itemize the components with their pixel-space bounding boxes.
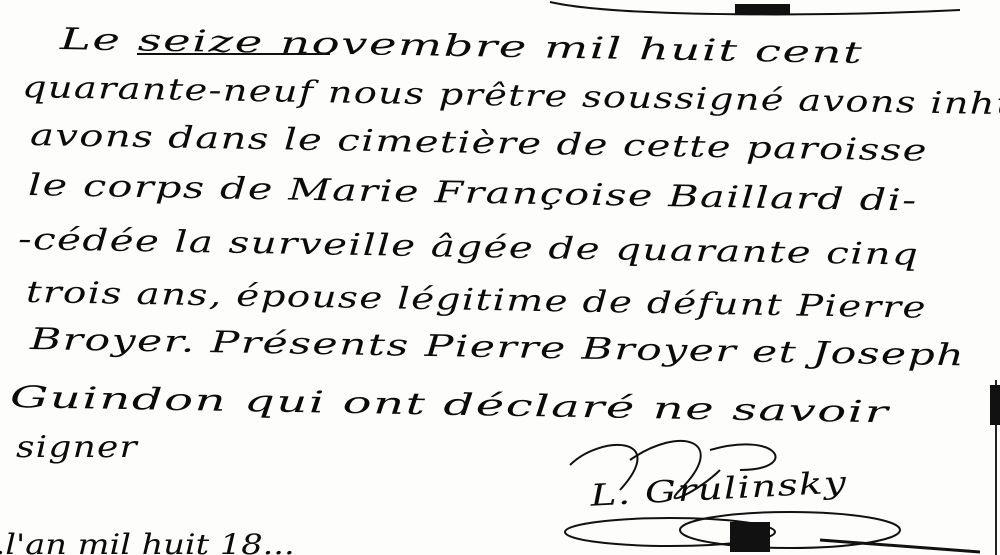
- register-line-7: Broyer. Présents Pierre Broyer et Joseph: [30, 322, 966, 373]
- top-signature-flourish: [540, 0, 970, 20]
- register-line-4: le corps de Marie Françoise Baillard di-: [28, 168, 918, 219]
- page-edge-mark: [990, 385, 1000, 425]
- register-line-2: quarante-neuf nous prêtre soussigné avon…: [22, 70, 1000, 124]
- register-line-3: avons dans le cimetière de cette paroiss…: [30, 118, 928, 169]
- register-line-1: Le seize novembre mil huit cent: [60, 22, 864, 71]
- scanned-register-page: Le seize novembre mil huit cent quarante…: [0, 0, 1000, 555]
- next-entry-fragment: ...l'an mil huit 18...: [0, 528, 295, 555]
- register-line-8: Guindon qui ont déclaré ne savoir: [10, 380, 890, 430]
- register-line-6: trois ans, épouse légitime de défunt Pie…: [26, 275, 927, 326]
- register-line-9: signer: [16, 430, 138, 465]
- underline-date: [135, 50, 335, 58]
- register-line-5: -cédée la surveille âgée de quarante cin…: [18, 222, 920, 273]
